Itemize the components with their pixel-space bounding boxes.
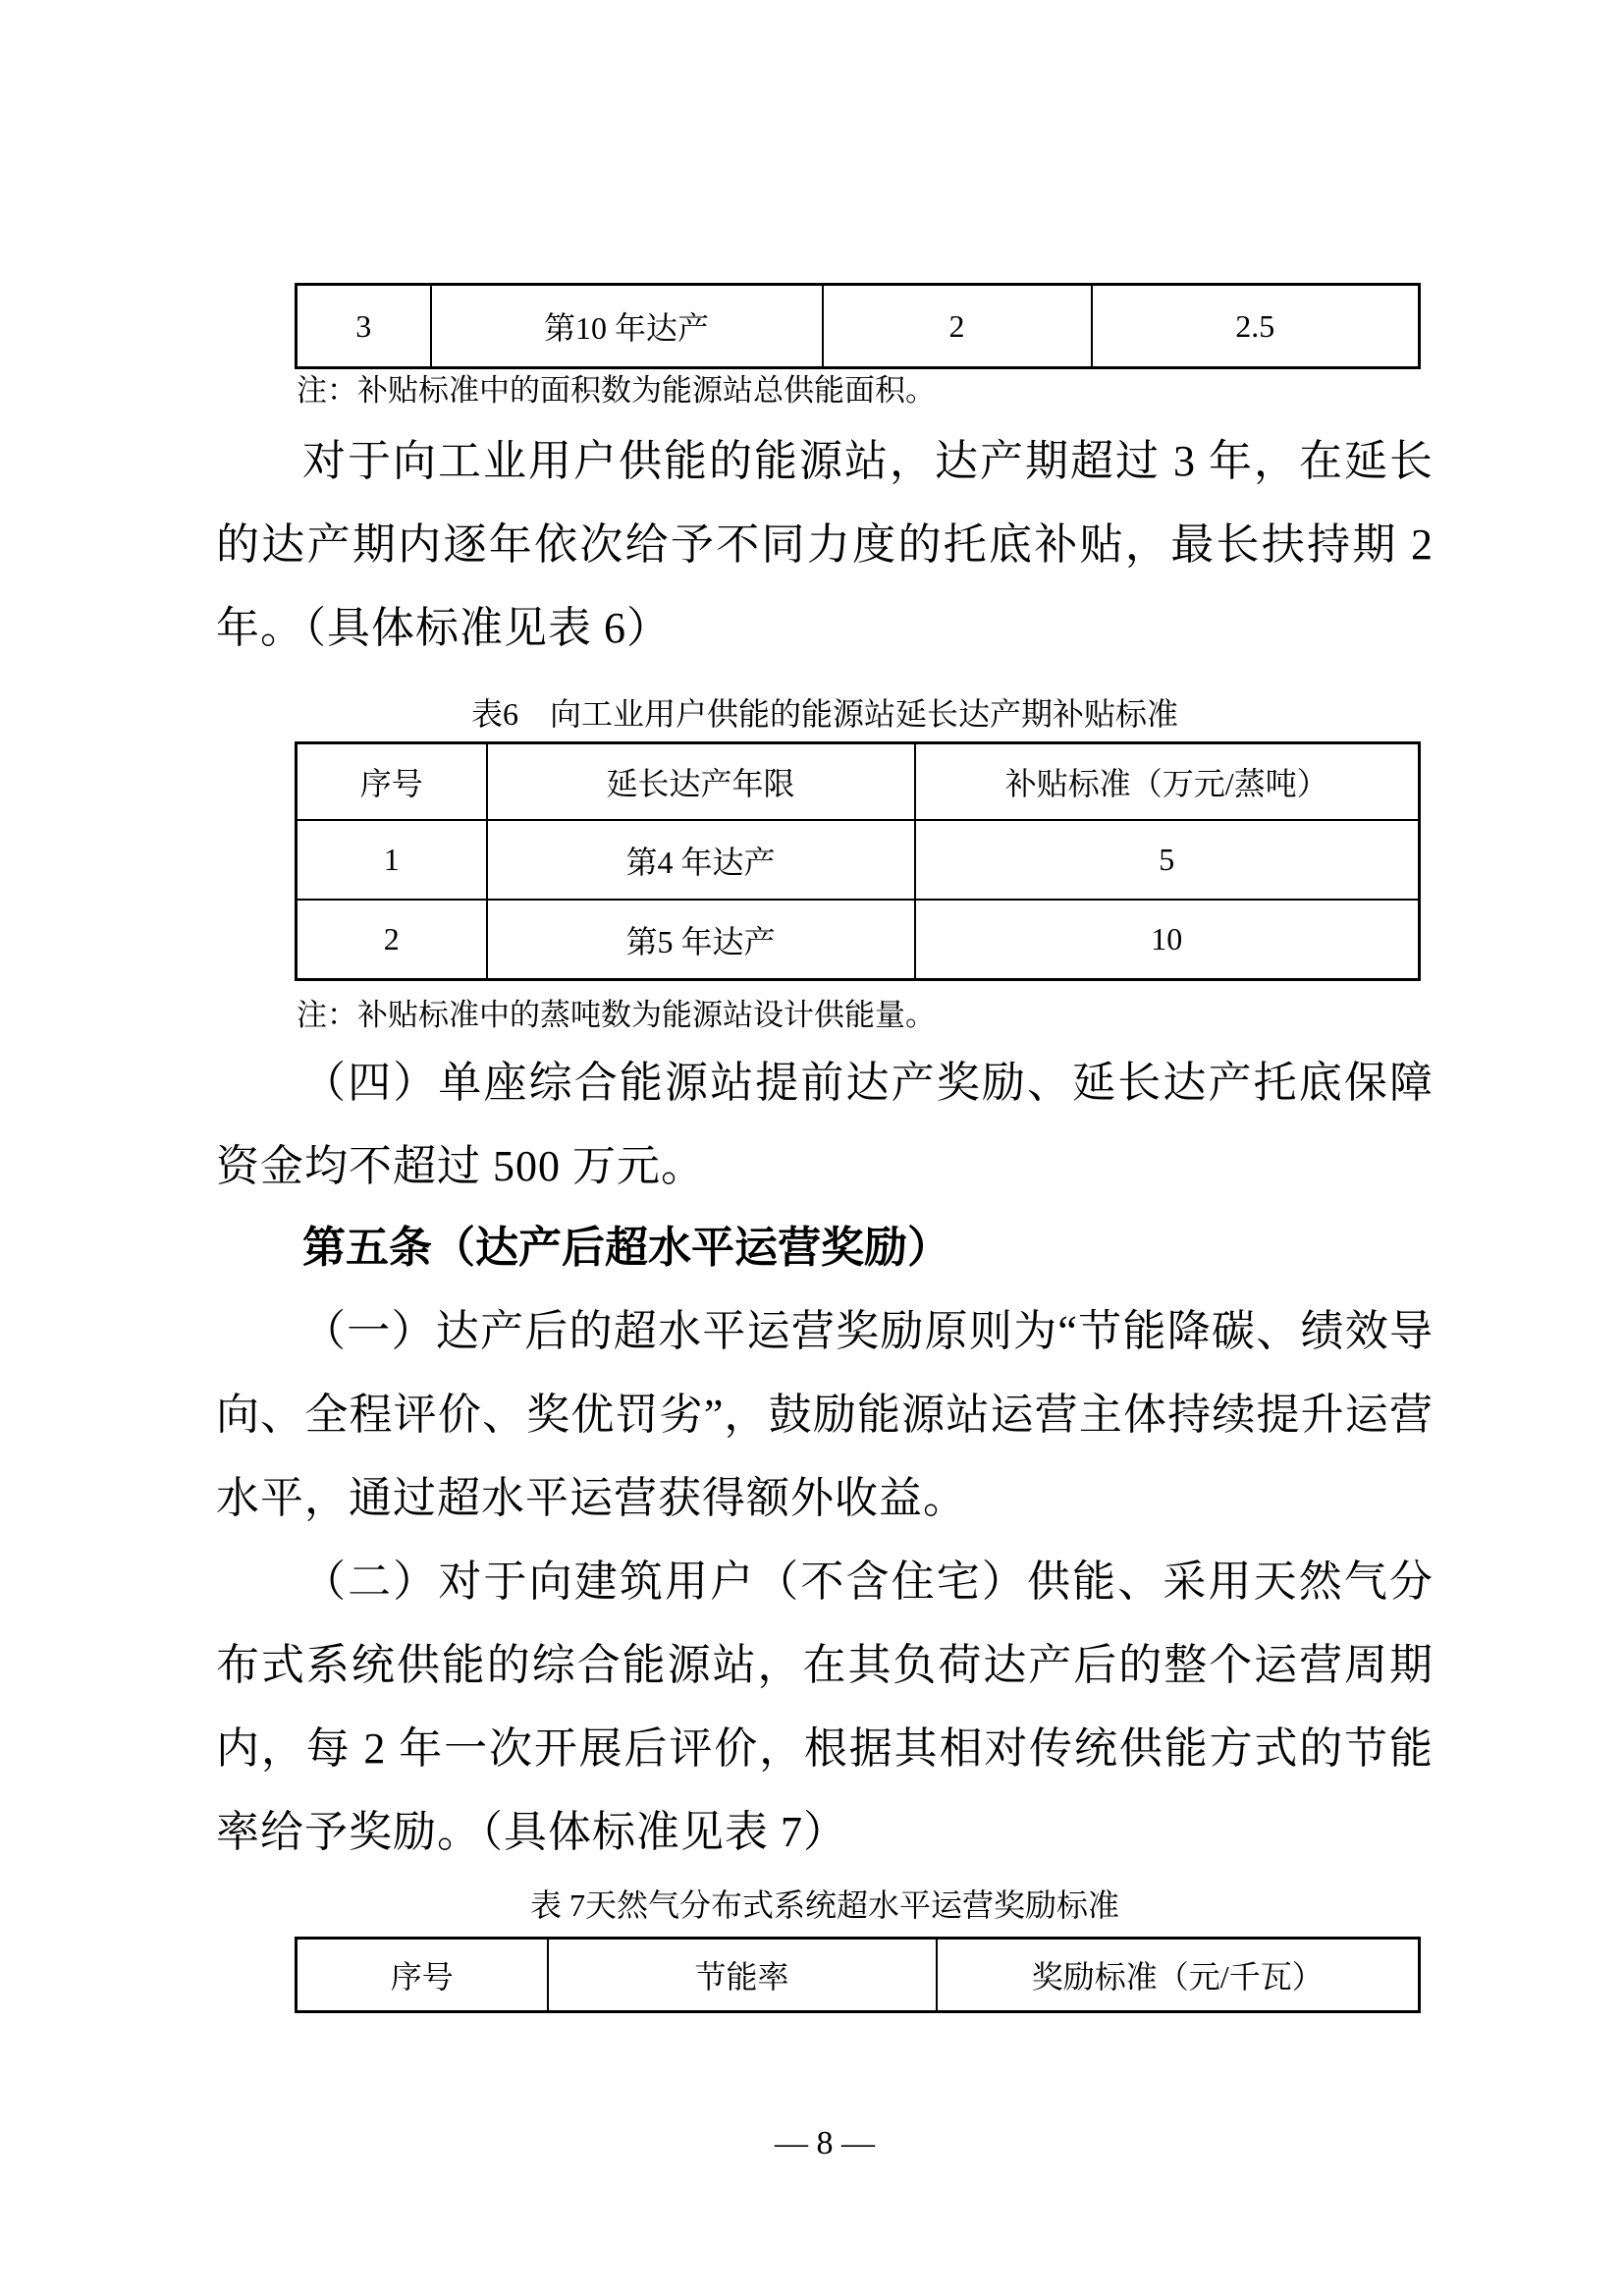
table5-cell-value-2: 2.5 xyxy=(1092,285,1420,368)
para-item-4: （四）单座综合能源站提前达产奖励、延长达产托底保障 资金均不超过 500 万元。 xyxy=(216,1041,1434,1208)
document-page: 3 第10 年达产 2 2.5 注：补贴标准中的面积数为能源站总供能面积。 对于… xyxy=(0,0,1623,2296)
para-line: 布式系统供能的综合能源站，在其负荷达产后的整个运营周期 xyxy=(216,1623,1434,1707)
table6-header-standard: 补贴标准（万元/蒸吨） xyxy=(915,743,1420,821)
table-cell: 10 xyxy=(915,900,1420,980)
para-line: 的达产期内逐年依次给予不同力度的托底补贴，最长扶持期 2 xyxy=(216,503,1434,586)
table5-cell-year: 第10 年达产 xyxy=(431,285,823,368)
para-line: （一）达产后的超水平运营奖励原则为“节能降碳、绩效导 xyxy=(216,1289,1434,1373)
table7-header-rate: 节能率 xyxy=(548,1939,937,2012)
table6-note: 注：补贴标准中的蒸吨数为能源站设计供能量。 xyxy=(297,998,1435,1033)
table7: 序号 节能率 奖励标准（元/千瓦） xyxy=(295,1937,1421,2013)
table-cell: 5 xyxy=(915,820,1420,900)
table6-caption: 表6 向工业用户供能的能源站延长达产期补贴标准 xyxy=(216,690,1434,738)
table6: 序号 延长达产年限 补贴标准（万元/蒸吨） 1 第4 年达产 5 2 第5 年达… xyxy=(295,741,1421,981)
para-line: 率给予奖励。（具体标准见表 7） xyxy=(216,1790,1434,1874)
table-cell: 1 xyxy=(297,820,487,900)
table7-header-standard: 奖励标准（元/千瓦） xyxy=(937,1939,1420,2012)
table5-cell-seq: 3 xyxy=(297,285,431,368)
para-line: 水平，通过超水平运营获得额外收益。 xyxy=(216,1456,1434,1540)
para-industrial-energy-station: 对于向工业用户供能的能源站，达产期超过 3 年，在延长 的达产期内逐年依次给予不… xyxy=(216,419,1434,670)
table5-cell-value-1: 2 xyxy=(823,285,1092,368)
para-line: 向、全程评价、奖优罚劣”，鼓励能源站运营主体持续提升运营 xyxy=(216,1373,1434,1456)
para-line: （二）对于向建筑用户（不含住宅）供能、采用天然气分 xyxy=(216,1540,1434,1623)
table5-note: 注：补贴标准中的面积数为能源站总供能面积。 xyxy=(297,373,1435,409)
table6-header-year: 延长达产年限 xyxy=(487,743,915,821)
table7-header-seq: 序号 xyxy=(297,1939,548,2012)
table-cell: 第4 年达产 xyxy=(487,820,915,900)
page-number: — 8 — xyxy=(216,2124,1434,2163)
para-item-1: （一）达产后的超水平运营奖励原则为“节能降碳、绩效导 向、全程评价、奖优罚劣”，… xyxy=(216,1289,1434,1540)
para-line: 年。（具体标准见表 6） xyxy=(216,586,1434,670)
para-line: （四）单座综合能源站提前达产奖励、延长达产托底保障 xyxy=(216,1041,1434,1124)
para-line: 内，每 2 年一次开展后评价，根据其相对传统供能方式的节能 xyxy=(216,1707,1434,1790)
table-row: 3 第10 年达产 2 2.5 xyxy=(297,285,1420,368)
table7-caption: 表 7天然气分布式系统超水平运营奖励标准 xyxy=(216,1882,1434,1929)
para-line: 对于向工业用户供能的能源站，达产期超过 3 年，在延长 xyxy=(216,419,1434,503)
table-cell: 2 xyxy=(297,900,487,980)
table6-header-row: 序号 延长达产年限 补贴标准（万元/蒸吨） xyxy=(297,743,1420,821)
table-cell: 第5 年达产 xyxy=(487,900,915,980)
para-line: 资金均不超过 500 万元。 xyxy=(216,1124,1434,1208)
article-5-heading: 第五条（达产后超水平运营奖励） xyxy=(216,1206,1434,1289)
table7-header-row: 序号 节能率 奖励标准（元/千瓦） xyxy=(297,1939,1420,2012)
table6-row-1: 1 第4 年达产 5 xyxy=(297,820,1420,900)
table6-row-2: 2 第5 年达产 10 xyxy=(297,900,1420,980)
table5-continuation: 3 第10 年达产 2 2.5 xyxy=(295,283,1421,369)
table6-header-seq: 序号 xyxy=(297,743,487,821)
para-item-2: （二）对于向建筑用户（不含住宅）供能、采用天然气分 布式系统供能的综合能源站，在… xyxy=(216,1540,1434,1874)
